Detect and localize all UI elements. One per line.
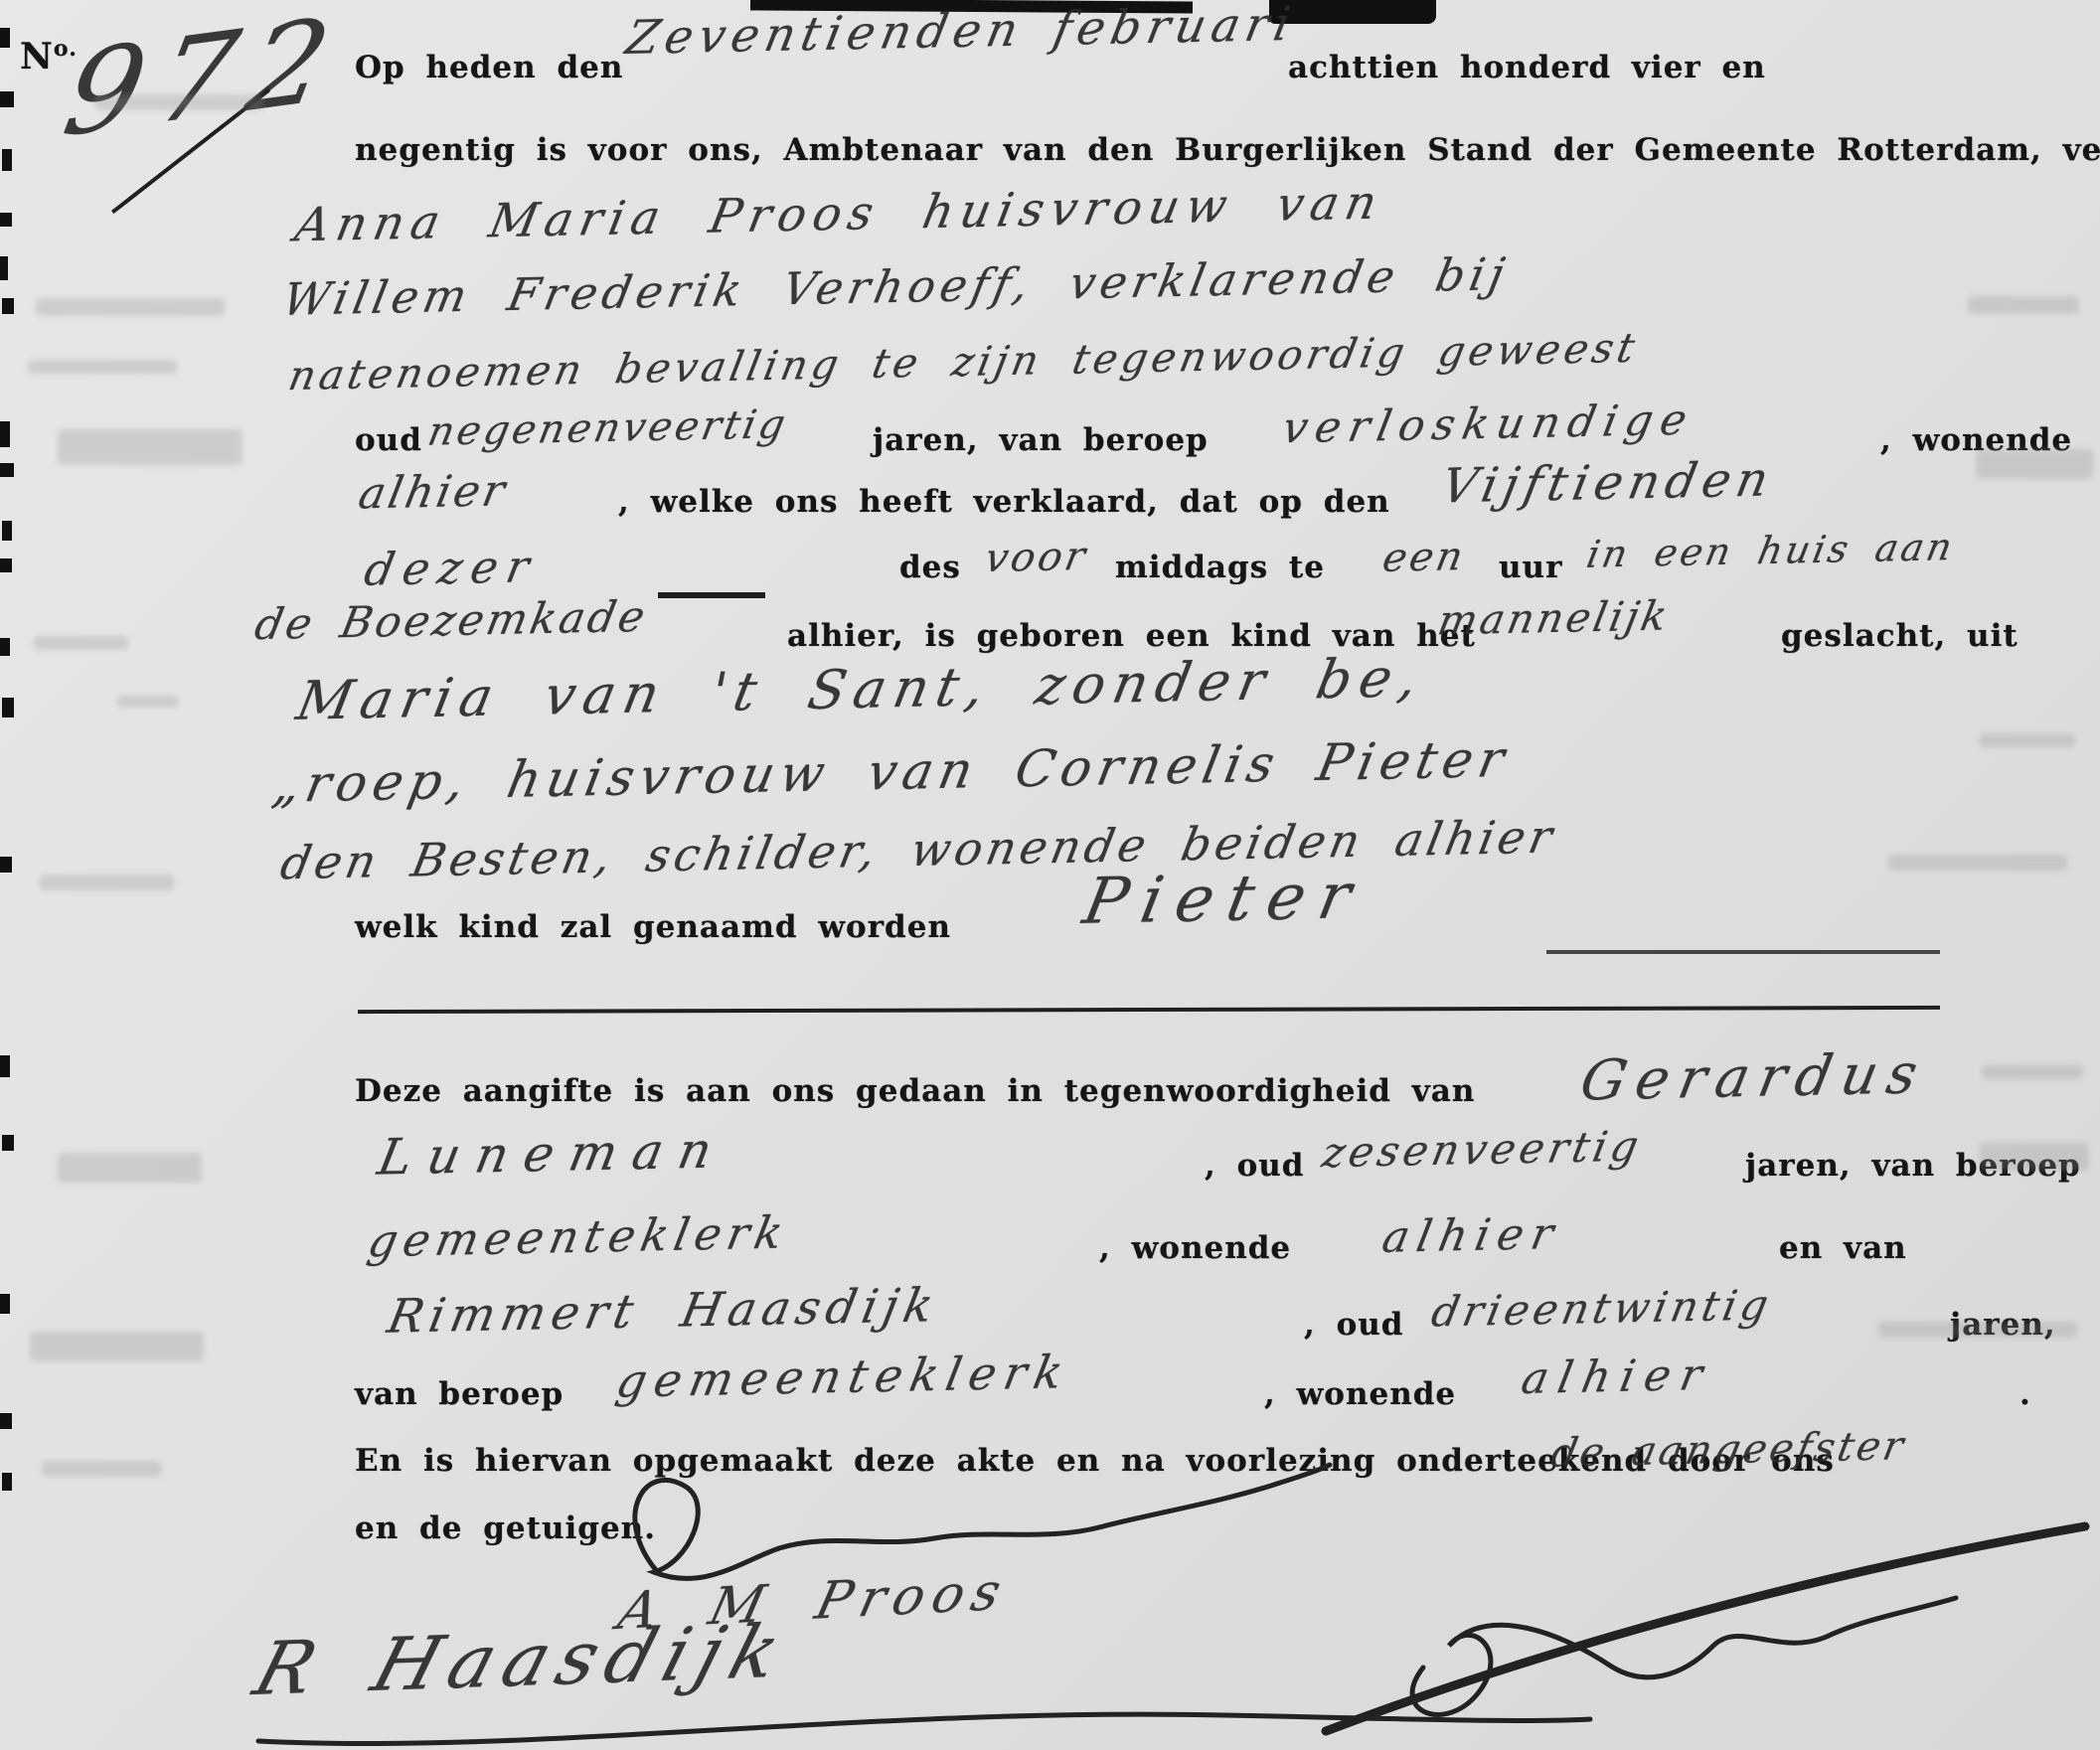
scan-edge-artifact xyxy=(0,256,8,280)
printed-geslacht-uit: geslacht, uit xyxy=(1781,618,2019,654)
scan-edge-artifact xyxy=(0,638,10,656)
printed-middags-te: middags te xyxy=(1115,550,1325,585)
hw-declaration-present: natenoemen bevalling te zijn tegenwoordi… xyxy=(285,324,1643,399)
bleedthrough-smudge xyxy=(1980,1143,2089,1171)
hw-witness2-profession: gemeenteklerk xyxy=(612,1345,1075,1407)
bleedthrough-smudge xyxy=(1968,296,2079,314)
hw-witness2-age: drieentwintig xyxy=(1428,1280,1776,1336)
scan-edge-artifact xyxy=(0,857,12,873)
scan-edge-artifact xyxy=(0,91,14,107)
scan-edge-artifact xyxy=(0,1294,10,1314)
hw-mother-name: Maria van 't Sant, zonder be, xyxy=(292,646,1431,732)
hw-witness1-surname: Luneman xyxy=(374,1121,732,1186)
bleedthrough-smudge xyxy=(1982,1065,2083,1079)
scan-edge-artifact xyxy=(0,213,12,227)
scan-edge-artifact xyxy=(0,463,14,477)
hw-witness1-residence: alhier xyxy=(1378,1208,1565,1263)
bleedthrough-smudge xyxy=(1980,733,2075,747)
printed-oud-witness1: , oud xyxy=(1205,1148,1304,1184)
record-number-label-n: N xyxy=(20,36,54,78)
hw-witness2-residence: alhier xyxy=(1518,1350,1716,1404)
blank-filler-dash xyxy=(658,592,765,598)
printed-wonende-witness2: , wonende xyxy=(1264,1376,1456,1412)
scan-edge-artifact xyxy=(2,521,12,541)
bleedthrough-smudge xyxy=(36,298,225,316)
hw-mother-husband: „roep, huisvrouw van Cornelis Pieter xyxy=(268,730,1515,815)
hw-declarant-name: Anna Maria Proos huisvrouw van xyxy=(290,176,1387,253)
hw-birth-street: de Boezemkade xyxy=(250,592,651,650)
scan-edge-artifact xyxy=(0,1413,12,1429)
section-divider xyxy=(358,1006,1940,1014)
hw-witness1-age: zesenveertig xyxy=(1319,1122,1647,1178)
bleedthrough-smudge xyxy=(1888,855,2067,871)
bleedthrough-smudge xyxy=(42,1461,161,1477)
hw-declarant-profession: verloskundige xyxy=(1278,396,1698,454)
scan-edge-artifact xyxy=(2,298,14,314)
record-number-label: No. xyxy=(20,36,78,78)
registrar-signature xyxy=(1312,1518,2097,1747)
scan-edge-artifact xyxy=(2,698,14,717)
scan-edge-artifact xyxy=(0,28,10,48)
witness2-signature: R Haasdijk xyxy=(245,1609,799,1712)
bleedthrough-smudge xyxy=(94,94,263,110)
printed-wonende-witness1: , wonende xyxy=(1099,1230,1291,1266)
printed-van-beroep: van beroep xyxy=(355,1376,564,1412)
scan-edge-artifact xyxy=(0,421,10,447)
hw-declarant-age: negenenveertig xyxy=(424,401,792,455)
printed-en-van: en van xyxy=(1779,1230,1907,1266)
birth-record-scan: No. 972 Op heden den Zeventienden februa… xyxy=(0,0,2100,1750)
printed-oud: oud xyxy=(355,422,422,458)
hw-child-gender: mannelijk xyxy=(1434,592,1674,645)
scan-edge-artifact xyxy=(0,558,12,572)
hw-birth-hour: een xyxy=(1378,534,1469,581)
printed-welk-kind: welk kind zal genaamd worden xyxy=(355,909,951,945)
hw-birth-day: Vijftienden xyxy=(1437,452,1779,515)
hw-declarant-husband: Willem Frederik Verhoeff, verklarende bi… xyxy=(278,247,1513,326)
hw-child-name: Pieter xyxy=(1077,860,1371,939)
bleedthrough-smudge xyxy=(1976,449,2093,479)
printed-achttien-honderd: achttien honderd vier en xyxy=(1288,50,1766,85)
printed-negentig-ambtenaar: negentig is voor ons, Ambtenaar van den … xyxy=(355,132,2100,168)
bleedthrough-smudge xyxy=(58,1153,202,1183)
printed-op-heden-den: Op heden den xyxy=(355,50,623,85)
scan-edge-artifact xyxy=(2,149,12,171)
bleedthrough-smudge xyxy=(40,875,174,890)
hw-dezer: dezer xyxy=(361,540,543,596)
printed-uur: uur xyxy=(1499,550,1562,585)
printed-oud-witness2: , oud xyxy=(1304,1307,1403,1343)
child-name-filler-line xyxy=(1546,950,1940,954)
hw-declarant-residence: alhier xyxy=(355,465,512,519)
hw-father-profession-residence: den Besten, schilder, wonende beiden alh… xyxy=(276,810,1560,890)
hw-voor: voor xyxy=(981,534,1091,581)
printed-des: des xyxy=(899,550,961,585)
bleedthrough-smudge xyxy=(58,429,242,465)
scan-edge-artifact xyxy=(2,1135,14,1151)
bleedthrough-smudge xyxy=(34,636,128,650)
printed-welke-verklaard: , welke ons heeft verklaard, dat op den xyxy=(618,484,1390,520)
hw-witness1-profession: gemeenteklerk xyxy=(364,1206,793,1268)
scan-edge-artifact xyxy=(2,1473,12,1491)
bleedthrough-smudge xyxy=(28,360,177,374)
printed-jaren-beroep: jaren, van beroep xyxy=(873,422,1209,458)
scan-edge-artifact xyxy=(0,1055,10,1077)
hw-witness1-firstname: Gerardus xyxy=(1575,1041,1932,1113)
hw-witness2-name: Rimmert Haasdijk xyxy=(384,1278,944,1345)
printed-period: . xyxy=(2019,1376,2031,1412)
printed-deze-aangifte: Deze aangifte is aan ons gedaan in tegen… xyxy=(355,1073,1475,1109)
hw-signed-by: de aangeefster xyxy=(1547,1423,1910,1476)
bleedthrough-smudge xyxy=(1878,1322,2077,1338)
bleedthrough-smudge xyxy=(30,1332,204,1361)
hw-in-een-huis-aan: in een huis aan xyxy=(1583,525,1959,576)
hw-date-of-registration: Zeventienden februari xyxy=(621,0,1300,66)
bleedthrough-smudge xyxy=(117,696,179,708)
